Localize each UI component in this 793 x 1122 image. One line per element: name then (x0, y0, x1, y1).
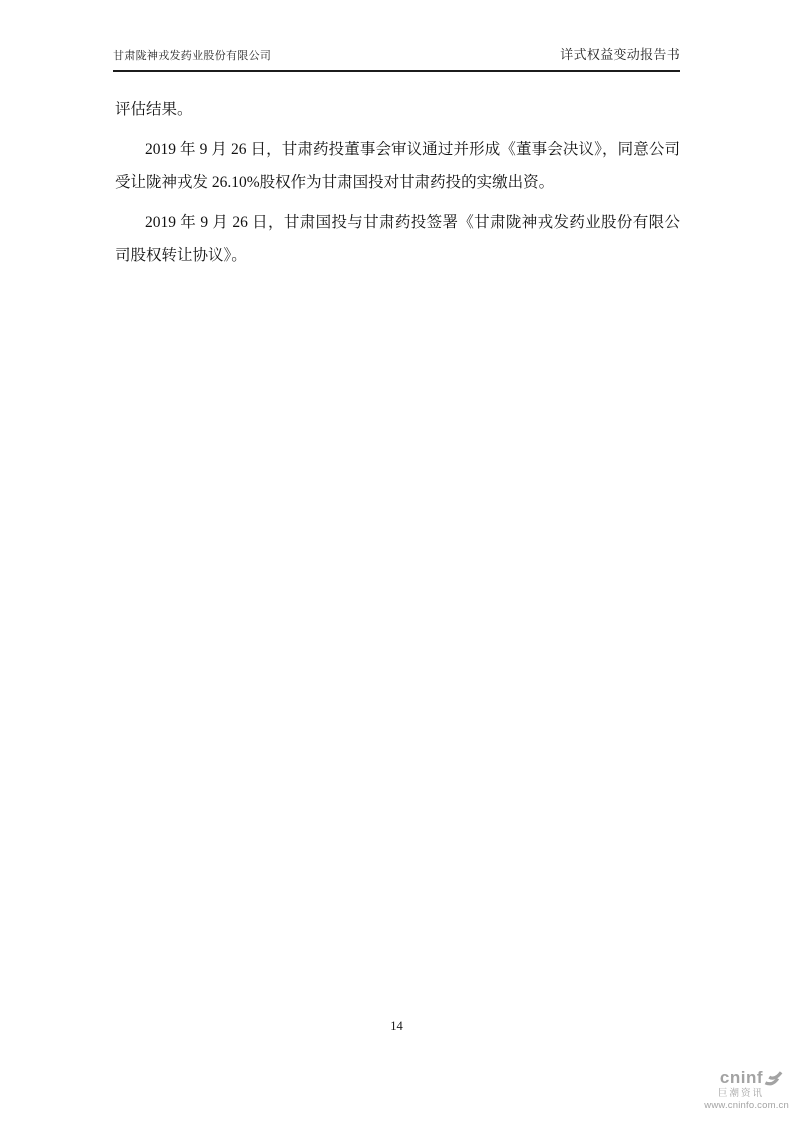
cninfo-logo: cninf 巨潮资讯 www.cninfo.com.cn (693, 1068, 790, 1111)
paragraph-evaluation-result: 评估结果。 (115, 93, 680, 126)
cninfo-url: www.cninfo.com.cn (693, 1100, 789, 1111)
paragraph-equity-transfer-agreement: 2019 年 9 月 26 日，甘肃国投与甘肃药投签署《甘肃陇神戎发药业股份有限… (115, 206, 680, 272)
cninfo-subtitle: 巨潮资讯 (693, 1088, 764, 1099)
document-page: 甘肃陇神戎发药业股份有限公司 详式权益变动报告书 评估结果。 2019 年 9 … (0, 0, 793, 1122)
cninfo-swirl-icon (764, 1069, 783, 1088)
cninfo-brand-row: cninf (693, 1068, 783, 1088)
page-number: 14 (0, 1019, 793, 1034)
header-company-name: 甘肃陇神戎发药业股份有限公司 (113, 47, 271, 63)
header-report-title: 详式权益变动报告书 (560, 44, 680, 63)
paragraph-board-resolution: 2019 年 9 月 26 日，甘肃药投董事会审议通过并形成《董事会决议》，同意… (115, 133, 680, 199)
cninfo-brand-text: cninf (720, 1068, 763, 1088)
document-body: 评估结果。 2019 年 9 月 26 日，甘肃药投董事会审议通过并形成《董事会… (115, 93, 680, 279)
page-header: 甘肃陇神戎发药业股份有限公司 详式权益变动报告书 (113, 44, 680, 72)
